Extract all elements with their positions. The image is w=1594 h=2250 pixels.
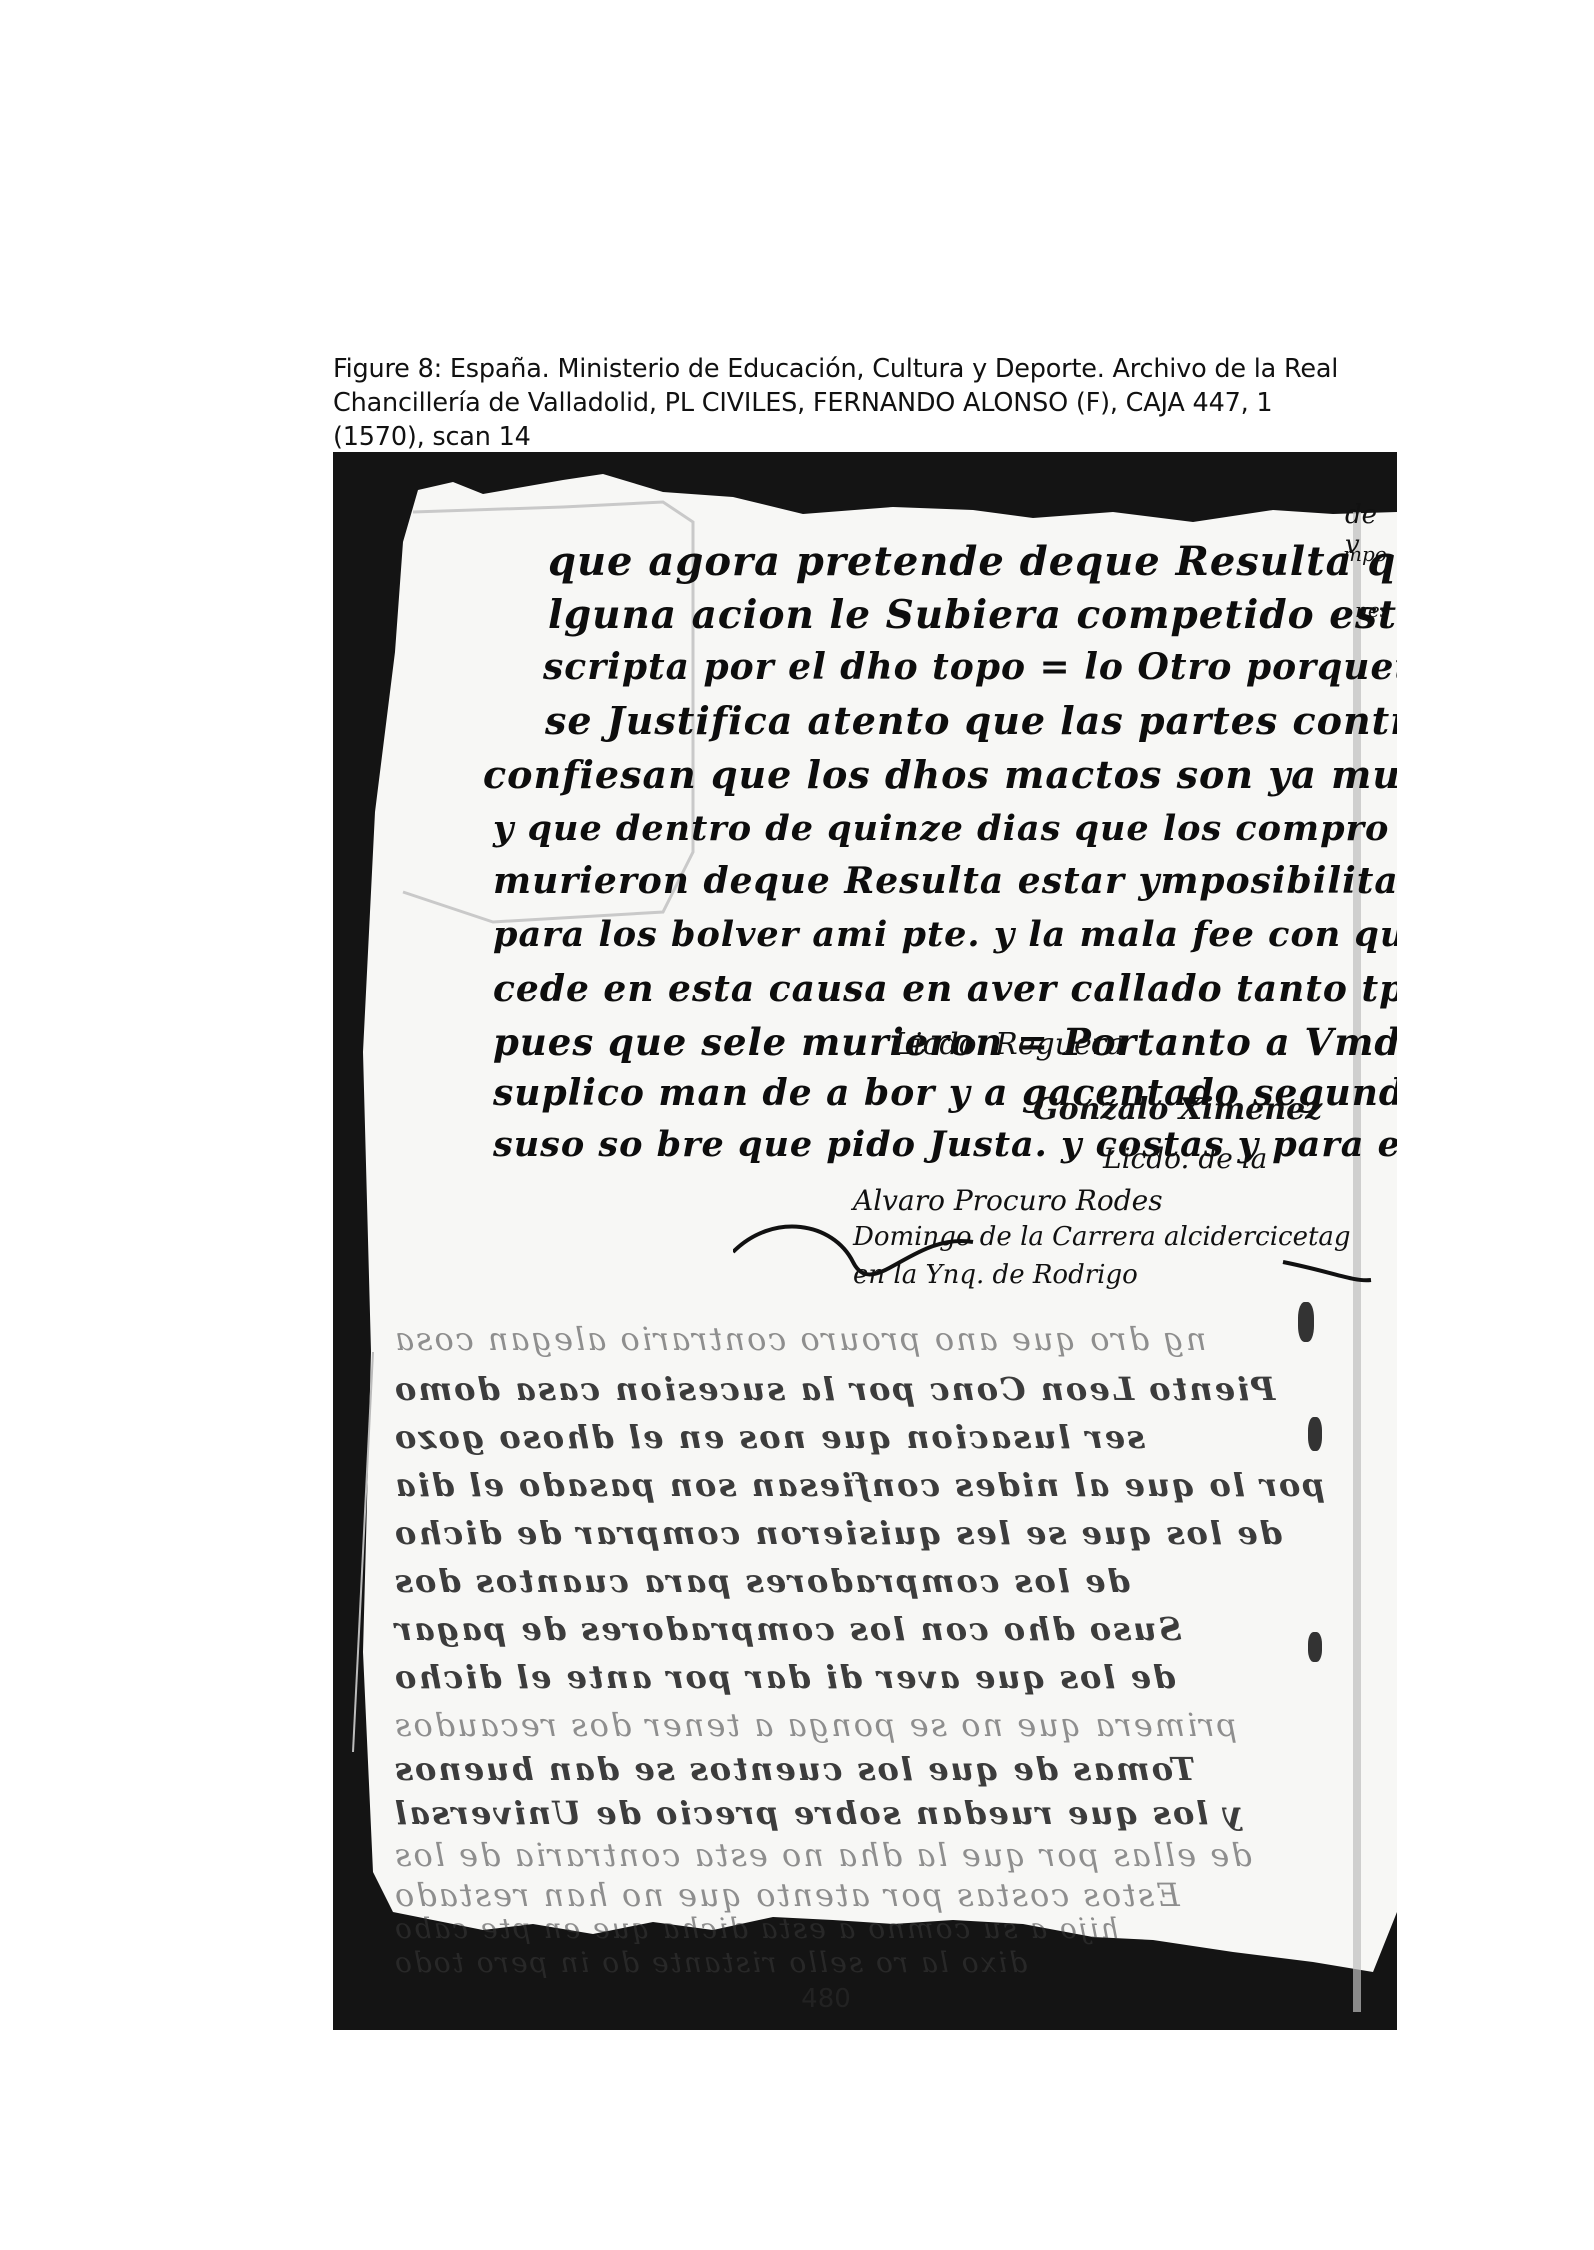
- bleed-through-line: de los que se les quisieron comprar de d…: [393, 1514, 1282, 1552]
- bleed-through-line: de ellas por que la dha no esta contrari…: [393, 1836, 1252, 1874]
- bleed-through-line: de los compradores para cuantos dos: [393, 1562, 1130, 1600]
- page-number: 480: [781, 1984, 871, 2014]
- signature-flourish: [733, 1192, 1373, 1312]
- caption-line-2: Chancillería de Valladolid, PL CIVILES, …: [333, 386, 1403, 420]
- bleed-through-line: y los que ruedan sobre precio de Univers…: [393, 1794, 1242, 1832]
- ink-blot: [1308, 1632, 1322, 1662]
- bleed-through-line: Tomas de que los cuentos se dan buenos: [393, 1750, 1195, 1788]
- ink-blot: [1298, 1302, 1314, 1342]
- bleed-through-line: Suso dho con los compradores de pagar: [393, 1610, 1182, 1648]
- bleed-through-line: dixo la ro sello ristante do in pero tod…: [393, 1946, 1027, 1979]
- signature: Licdo. de la: [1103, 1142, 1267, 1175]
- signature: Licdo. Reguera: [893, 1027, 1124, 1062]
- bleed-through-line: Piento Leon Conc por la sucesion casa do…: [393, 1370, 1275, 1408]
- manuscript-line: que agora pretende deque Resulta que qua: [548, 538, 1397, 585]
- manuscript-line: lguna acion le Subiera competido esta es…: [548, 592, 1397, 638]
- bleed-through-line: por lo que al nides confiesan son pasado…: [393, 1466, 1325, 1504]
- manuscript-line: se Justifica atento que las partes contr…: [545, 698, 1397, 743]
- manuscript-line: scripta por el dho topo = lo Otro porque…: [543, 646, 1397, 688]
- ink-blot: [1308, 1417, 1322, 1451]
- bleed-through-line: ser lusacion que nos en el dhoso gozo: [393, 1418, 1145, 1456]
- caption-line-1: Figure 8: España. Ministerio de Educació…: [333, 352, 1403, 386]
- caption-line-3: (1570), scan 14: [333, 420, 1403, 454]
- bleed-through-line: ng dro que ano prouro contrario alegan c…: [393, 1320, 1206, 1358]
- manuscript-line: y que dentro de quinze dias que los comp…: [493, 808, 1397, 849]
- manuscript-line: murieron deque Resulta estar ymposibilit…: [493, 860, 1397, 902]
- bleed-through-line: hijo a su comno a esta dicha que en pte …: [393, 1912, 1119, 1945]
- manuscript-line: confiesan que los dhos mactos son ya mue…: [483, 752, 1397, 797]
- bleed-through-line: primera que no se ponga a tener dos reca…: [393, 1706, 1237, 1744]
- signature: Gonzalo Ximenez: [1033, 1092, 1322, 1127]
- manuscript-scan: de v mpo nes que agora pretende deque Re…: [333, 452, 1397, 2030]
- bleed-through-line: Estos costas por atento que no han resta…: [393, 1876, 1180, 1914]
- bleed-through-line: de los que aver di dar por ante el dicho: [393, 1658, 1175, 1696]
- manuscript-line: cede en esta causa en aver callado tanto…: [493, 968, 1397, 1010]
- manuscript-line: para los bolver ami pte. y la mala fee c…: [493, 914, 1397, 955]
- figure-caption: Figure 8: España. Ministerio de Educació…: [333, 352, 1403, 454]
